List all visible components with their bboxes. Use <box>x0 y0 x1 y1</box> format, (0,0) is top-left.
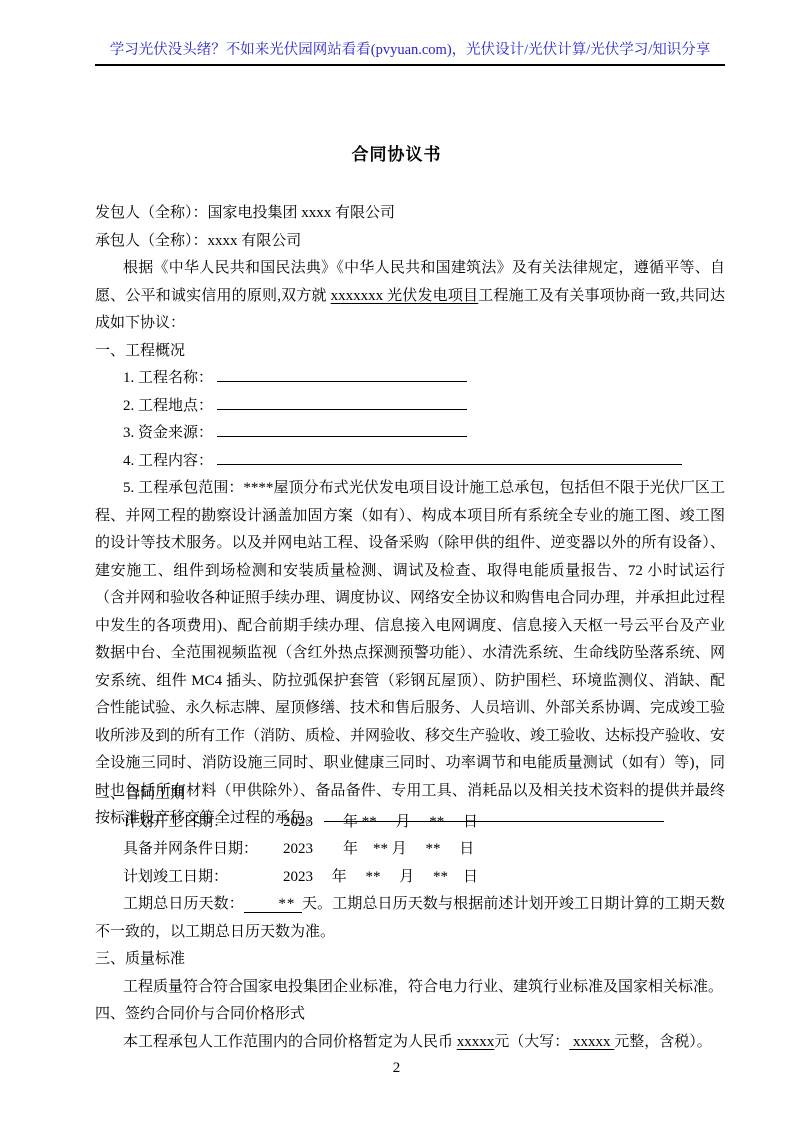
project-name-underlined: xxxxxxx 光伏发电项目 <box>331 288 479 304</box>
section-heading-quality: 三、质量标准 <box>95 946 725 974</box>
employer-line: 发包人（全称）：国家电投集团 xxxx 有限公司 <box>95 200 725 228</box>
form-item-project-name: 1. 工程名称： <box>95 365 725 393</box>
price-paragraph: 本工程承包人工作范围内的合同价格暂定为人民币 xxxxx元（大写： xxxxx … <box>95 1029 725 1057</box>
date-row-grid-connection: 具备并网条件日期：2023 年 ** 月 ** 日 <box>95 836 725 864</box>
page-number: 2 <box>0 1060 793 1077</box>
blank-line <box>217 365 467 382</box>
quality-paragraph: 工程质量符合符合国家电投集团企业标准，符合电力行业、建筑行业标准及国家相关标准。 <box>95 974 725 1002</box>
section-heading-overview: 一、工程概况 <box>95 338 725 366</box>
blank-line <box>217 420 467 437</box>
duration-blank: ** <box>244 896 302 913</box>
price-amount-underlined: xxxxx <box>457 1034 495 1050</box>
form-item-funding-source: 3. 资金来源： <box>95 420 725 448</box>
pvyuan-link[interactable]: (pvyuan.com) <box>371 42 452 58</box>
header-text-after: ，光伏设计/光伏计算/光伏学习/知识分享 <box>452 42 711 58</box>
blank-line <box>217 393 467 410</box>
document-title: 合同协议书 <box>0 140 793 165</box>
date-row-completion: 计划竣工日期：2023 年 ** 月 ** 日 <box>95 864 725 892</box>
intro-paragraph: 根据《中华人民共和国民法典》《中华人民共和国建筑法》及有关法律规定，遵循平等、自… <box>95 255 725 338</box>
scope-text: 5. 工程承包范围：****屋顶分布式光伏发电项目设计施工总承包，包括但不限于光… <box>95 480 725 826</box>
contractor-line: 承包人（全称）：xxxx 有限公司 <box>95 228 725 256</box>
price-text-3: 元整，含税）。 <box>614 1034 712 1050</box>
date-label: 具备并网条件日期： <box>123 836 283 864</box>
document-page: 学习光伏没头绪？不如来光伏园网站看看(pvyuan.com)，光伏设计/光伏计算… <box>0 0 793 1122</box>
form-item-project-location: 2. 工程地点： <box>95 393 725 421</box>
form-item-project-content: 4. 工程内容： <box>95 448 725 476</box>
item-label: 4. 工程内容： <box>123 453 213 469</box>
header-text-before: 学习光伏没头绪？不如来光伏园网站看看 <box>110 42 371 58</box>
date-row-start: 计划开工日期：2023 年 ** 月 ** 日 <box>95 809 725 837</box>
date-label: 计划竣工日期： <box>123 864 283 892</box>
item-label: 1. 工程名称： <box>123 370 213 386</box>
duration-paragraph: 工期总日历天数：**天。工期总日历天数与根据前述计划开竣工日期计算的工期天数不一… <box>95 891 725 946</box>
date-value: 2023 年 ** 月 ** 日 <box>283 814 478 830</box>
date-label: 计划开工日期： <box>123 809 283 837</box>
scope-paragraph: 5. 工程承包范围：****屋顶分布式光伏发电项目设计施工总承包，包括但不限于光… <box>95 475 725 833</box>
header-banner: 学习光伏没头绪？不如来光伏园网站看看(pvyuan.com)，光伏设计/光伏计算… <box>95 40 725 66</box>
content-upper: 发包人（全称）：国家电投集团 xxxx 有限公司 承包人（全称）：xxxx 有限… <box>95 200 725 833</box>
price-text-1: 本工程承包人工作范围内的合同价格暂定为人民币 <box>123 1034 457 1050</box>
item-label: 3. 资金来源： <box>123 425 213 441</box>
price-text-2: 元（大写： <box>494 1034 569 1050</box>
content-lower: 二、合同工期 计划开工日期：2023 年 ** 月 ** 日 具备并网条件日期：… <box>95 781 725 1056</box>
item-label: 2. 工程地点： <box>123 398 213 414</box>
section-heading-price: 四、签约合同价与合同价格形式 <box>95 1001 725 1029</box>
section-heading-duration: 二、合同工期 <box>95 781 725 809</box>
price-amount-words-underlined: xxxxx <box>569 1034 614 1050</box>
date-value: 2023 年 ** 月 ** 日 <box>283 869 478 885</box>
blank-line <box>217 448 682 465</box>
date-value: 2023 年 ** 月 ** 日 <box>283 841 474 857</box>
duration-lead: 工期总日历天数： <box>123 896 244 912</box>
